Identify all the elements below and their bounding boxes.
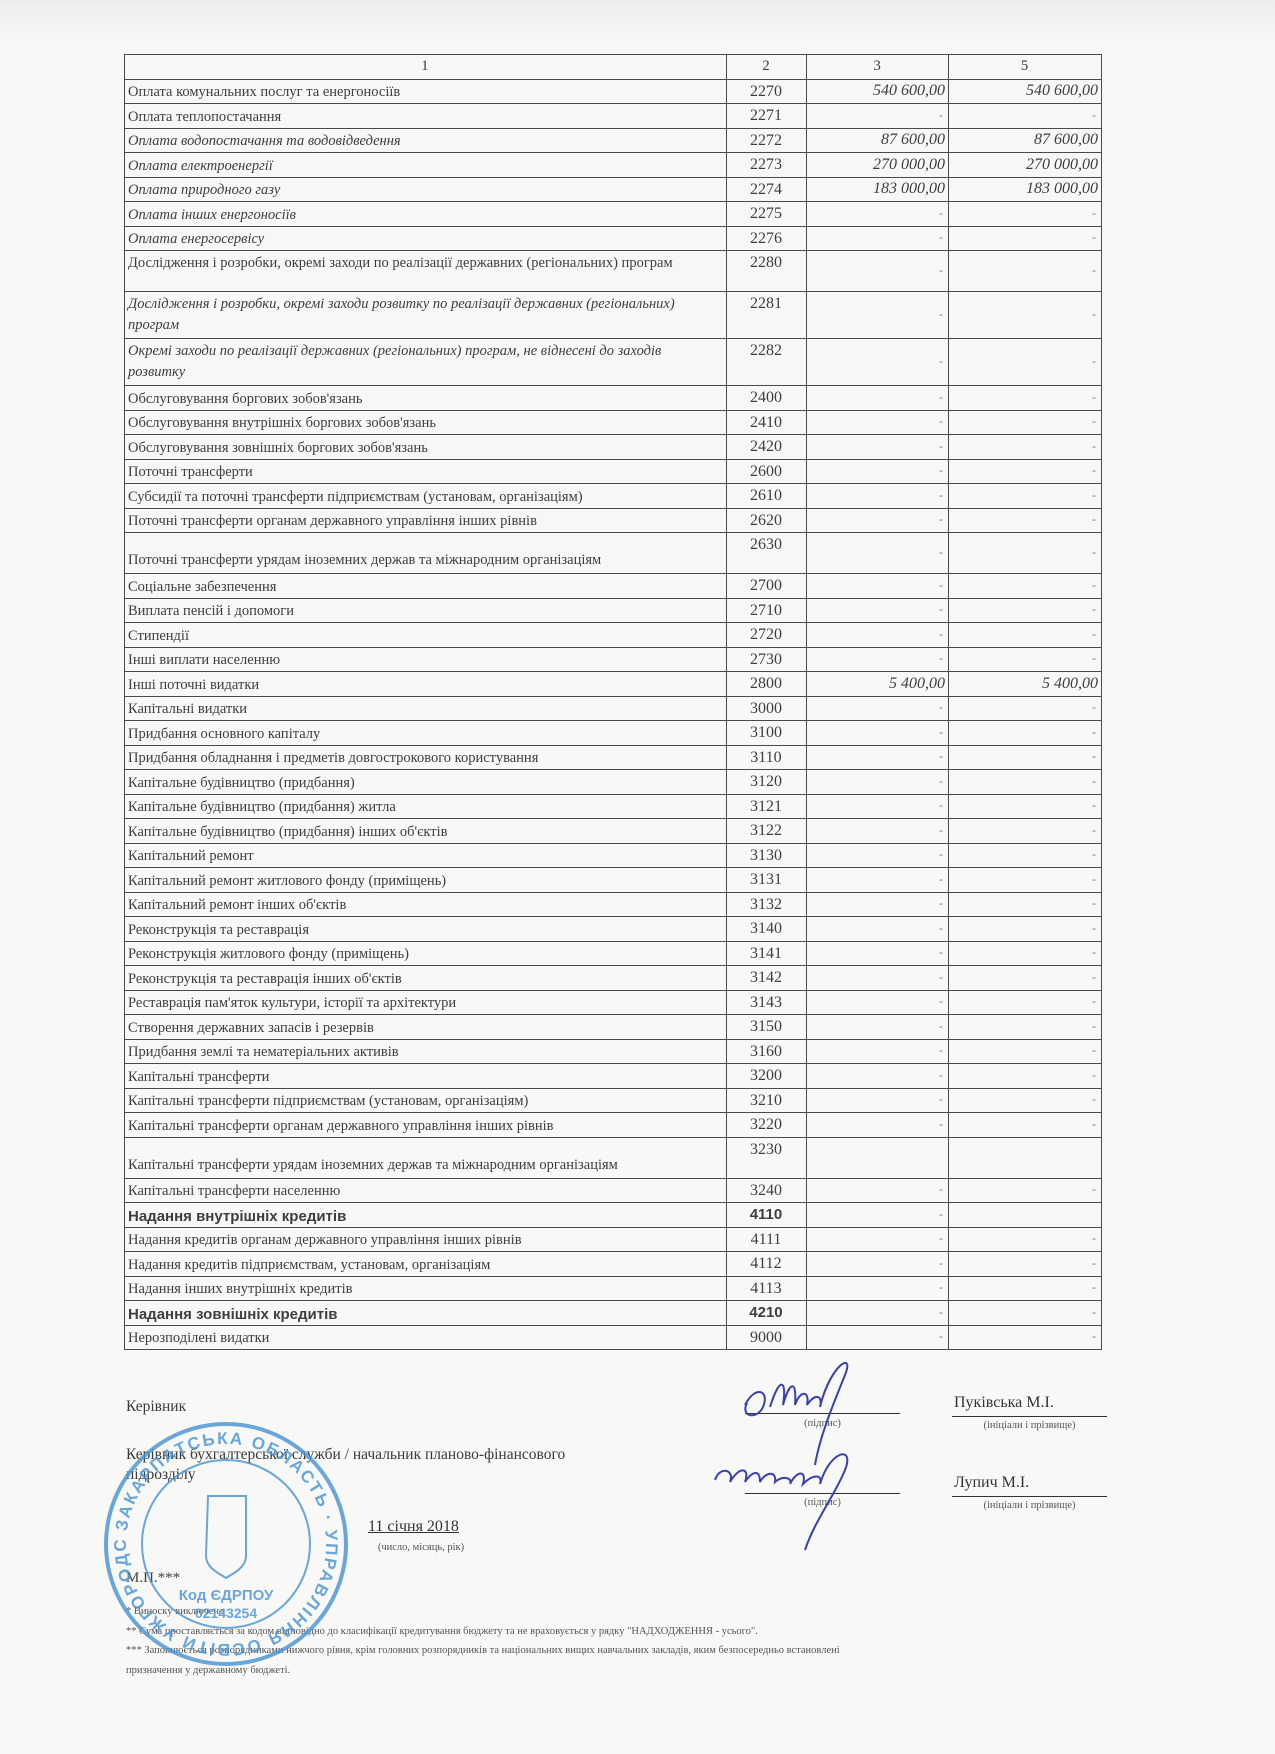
header-col-1: 1 [125,55,727,80]
row-name: Капітальні трансферти підприємствам (уст… [125,1088,727,1113]
svg-text:02143254: 02143254 [195,1605,258,1621]
row-value-col3: 540 600,00 [807,79,949,104]
row-name: Реконструкція житлового фонду (приміщень… [125,941,727,966]
table-row: Обслуговування боргових зобов'язань2400-… [125,386,1102,411]
row-name: Поточні трансферти органам державного уп… [125,508,727,533]
row-value-col5: - [949,843,1102,868]
row-value-col5: - [949,1015,1102,1040]
row-value-col3: - [807,226,949,251]
row-value-col3 [807,1137,949,1178]
row-code: 3122 [726,819,807,844]
row-value-col3: - [807,292,949,339]
row-code: 2271 [726,104,807,129]
row-value-col5: 540 600,00 [949,79,1102,104]
row-value-col3: - [807,1252,949,1277]
row-value-col5: - [949,459,1102,484]
table-row: Обслуговування внутрішніх боргових зобов… [125,410,1102,435]
document-page: { "table": { "header": ["1", "2", "3", "… [0,0,1275,1754]
table-row: Капітальний ремонт інших об'єктів3132-- [125,892,1102,917]
row-value-col3: - [807,104,949,129]
row-code: 2420 [726,435,807,460]
table-row: Реконструкція житлового фонду (приміщень… [125,941,1102,966]
table-row: Реставрація пам'яток культури, історії т… [125,990,1102,1015]
row-value-col3: - [807,533,949,574]
row-code: 2710 [726,598,807,623]
row-name: Капітальне будівництво (придбання) інших… [125,819,727,844]
row-code: 3141 [726,941,807,966]
row-value-col3: - [807,508,949,533]
row-code: 2276 [726,226,807,251]
row-value-col5: - [949,574,1102,599]
row-value-col5: - [949,794,1102,819]
row-value-col3: - [807,1178,949,1203]
table-row: Надання кредитів підприємствам, установа… [125,1252,1102,1277]
official-stamp-icon: ЗАКАРПАТСЬКА ОБЛАСТЬ · УПРАВЛІННЯ ОСВІТИ… [100,1418,352,1670]
head-name-line [952,1416,1107,1417]
row-value-col5: - [949,339,1102,386]
row-value-col5: - [949,484,1102,509]
row-value-col5: - [949,1113,1102,1138]
table-row: Надання зовнішніх кредитів4210-- [125,1301,1102,1326]
row-code: 2275 [726,202,807,227]
row-name: Капітальні трансферти населенню [125,1178,727,1203]
head-label: Керівник [126,1398,186,1416]
row-name: Капітальні видатки [125,696,727,721]
row-code: 2282 [726,339,807,386]
row-value-col5: 87 600,00 [949,128,1102,153]
row-code: 3110 [726,745,807,770]
row-name: Соціальне забезпечення [125,574,727,599]
table-row: Капітальні трансферти3200-- [125,1064,1102,1089]
row-name: Інші виплати населенню [125,647,727,672]
row-name: Виплата пенсій і допомоги [125,598,727,623]
row-value-col5: - [949,1039,1102,1064]
table-row: Реконструкція та реставрація інших об'єк… [125,966,1102,991]
row-value-col5: 5 400,00 [949,672,1102,697]
table-row: Капітальний ремонт3130-- [125,843,1102,868]
signing-date: 11 січня 2018 [368,1518,459,1536]
accountant-name-caption: (ініціали і прізвище) [952,1500,1107,1511]
table-row: Окремі заходи по реалізації державних (р… [125,339,1102,386]
row-value-col3: - [807,696,949,721]
row-value-col3: - [807,484,949,509]
expenditure-table: 1 2 3 5 Оплата комунальних послуг та ене… [124,54,1102,1350]
table-header-row: 1 2 3 5 [125,55,1102,80]
row-value-col5: - [949,410,1102,435]
table-row: Оплата природного газу2274183 000,00183 … [125,177,1102,202]
row-value-col3: - [807,819,949,844]
row-value-col5: 270 000,00 [949,153,1102,178]
row-code: 2280 [726,251,807,292]
row-value-col3: - [807,647,949,672]
row-value-col5: - [949,1178,1102,1203]
row-value-col3: - [807,1113,949,1138]
row-name: Стипендії [125,623,727,648]
row-name: Нерозподілені видатки [125,1325,727,1350]
table-row: Стипендії2720-- [125,623,1102,648]
head-name-caption: (ініціали і прізвище) [952,1420,1107,1431]
row-name: Обслуговування внутрішніх боргових зобов… [125,410,727,435]
row-value-col3: - [807,745,949,770]
row-name: Надання кредитів підприємствам, установа… [125,1252,727,1277]
row-name: Дослідження і розробки, окремі заходи по… [125,251,727,292]
row-value-col3: - [807,251,949,292]
row-value-col3: - [807,202,949,227]
row-value-col5: - [949,721,1102,746]
row-value-col3: - [807,1039,949,1064]
row-value-col3: - [807,1301,949,1326]
row-value-col5: - [949,892,1102,917]
row-value-col5: - [949,598,1102,623]
row-code: 3230 [726,1137,807,1178]
header-col-5: 5 [949,55,1102,80]
table-row: Придбання основного капіталу3100-- [125,721,1102,746]
row-code: 3142 [726,966,807,991]
row-code: 4113 [726,1276,807,1301]
row-value-col5: - [949,292,1102,339]
row-value-col5: - [949,1088,1102,1113]
row-code: 3130 [726,843,807,868]
row-code: 3200 [726,1064,807,1089]
row-code: 2281 [726,292,807,339]
row-value-col3: - [807,435,949,460]
row-value-col3: 5 400,00 [807,672,949,697]
row-name: Субсидії та поточні трансферти підприємс… [125,484,727,509]
row-value-col5: - [949,508,1102,533]
row-value-col5: - [949,696,1102,721]
row-code: 4110 [726,1203,807,1228]
row-name: Інші поточні видатки [125,672,727,697]
row-value-col3: 183 000,00 [807,177,949,202]
row-value-col5 [949,1203,1102,1228]
table-row: Реконструкція та реставрація3140-- [125,917,1102,942]
row-code: 3240 [726,1178,807,1203]
row-value-col5: - [949,1227,1102,1252]
row-value-col3: - [807,917,949,942]
accountant-name: Лупич М.І. [954,1474,1029,1492]
table-row: Поточні трансферти органам державного уп… [125,508,1102,533]
row-name: Капітальне будівництво (придбання) [125,770,727,795]
row-name: Придбання землі та нематеріальних активі… [125,1039,727,1064]
row-code: 3121 [726,794,807,819]
table-row: Придбання обладнання і предметів довгост… [125,745,1102,770]
row-value-col3: - [807,386,949,411]
table-row: Субсидії та поточні трансферти підприємс… [125,484,1102,509]
row-value-col3: - [807,1203,949,1228]
row-name: Обслуговування боргових зобов'язань [125,386,727,411]
table-row: Обслуговування зовнішніх боргових зобов'… [125,435,1102,460]
row-code: 2272 [726,128,807,153]
row-value-col3: - [807,410,949,435]
row-value-col3: - [807,990,949,1015]
table-row: Капітальні трансферти урядам іноземних д… [125,1137,1102,1178]
row-value-col5: - [949,251,1102,292]
row-value-col3: - [807,1276,949,1301]
row-value-col5: - [949,917,1102,942]
row-code: 2720 [726,623,807,648]
row-code: 2400 [726,386,807,411]
row-name: Оплата енергосервісу [125,226,727,251]
row-name: Оплата електроенергії [125,153,727,178]
row-code: 2273 [726,153,807,178]
row-name: Окремі заходи по реалізації державних (р… [125,339,727,386]
row-value-col3: - [807,339,949,386]
row-value-col3: - [807,868,949,893]
row-code: 2620 [726,508,807,533]
row-code: 3100 [726,721,807,746]
row-value-col3: 270 000,00 [807,153,949,178]
row-value-col3: - [807,623,949,648]
row-code: 3143 [726,990,807,1015]
table-row: Оплата водопостачання та водовідведення2… [125,128,1102,153]
row-code: 2630 [726,533,807,574]
row-code: 2700 [726,574,807,599]
row-value-col5: - [949,1301,1102,1326]
row-name: Капітальні трансферти органам державного… [125,1113,727,1138]
row-code: 3150 [726,1015,807,1040]
row-code: 3140 [726,917,807,942]
accountant-name-line [952,1496,1107,1497]
table-row: Оплата теплопостачання2271-- [125,104,1102,129]
svg-text:Код ЄДРПОУ: Код ЄДРПОУ [179,1587,274,1604]
row-name: Капітальний ремонт [125,843,727,868]
table-row: Капітальний ремонт житлового фонду (прим… [125,868,1102,893]
row-name: Реконструкція та реставрація [125,917,727,942]
row-value-col5: - [949,990,1102,1015]
table-row: Оплата інших енергоносіїв2275-- [125,202,1102,227]
row-name: Оплата водопостачання та водовідведення [125,128,727,153]
row-code: 3132 [726,892,807,917]
row-code: 4210 [726,1301,807,1326]
row-name: Поточні трансферти [125,459,727,484]
head-name: Пуківська М.І. [954,1394,1054,1412]
row-name: Поточні трансферти урядам іноземних держ… [125,533,727,574]
row-value-col3: - [807,892,949,917]
row-value-col5: - [949,1252,1102,1277]
date-caption: (число, місяць, рік) [356,1542,486,1553]
table-row: Оплата енергосервісу2276-- [125,226,1102,251]
row-name: Придбання основного капіталу [125,721,727,746]
row-name: Капітальні трансферти [125,1064,727,1089]
row-value-col3: - [807,459,949,484]
row-code: 3000 [726,696,807,721]
table-row: Дослідження і розробки, окремі заходи ро… [125,292,1102,339]
row-value-col5 [949,1137,1102,1178]
row-value-col3: - [807,843,949,868]
row-code: 3210 [726,1088,807,1113]
table-row: Оплата електроенергії2273270 000,00270 0… [125,153,1102,178]
row-value-col5: - [949,745,1102,770]
row-value-col3: - [807,574,949,599]
row-name: Оплата природного газу [125,177,727,202]
table-row: Капітальне будівництво (придбання) житла… [125,794,1102,819]
table-row: Поточні трансферти2600-- [125,459,1102,484]
row-value-col3: - [807,1227,949,1252]
row-value-col3: - [807,1015,949,1040]
row-value-col5: - [949,386,1102,411]
table-row: Надання внутрішніх кредитів4110- [125,1203,1102,1228]
row-value-col5: - [949,202,1102,227]
row-value-col3: 87 600,00 [807,128,949,153]
row-name: Капітальний ремонт житлового фонду (прим… [125,868,727,893]
row-name: Дослідження і розробки, окремі заходи ро… [125,292,727,339]
row-value-col3: - [807,941,949,966]
row-code: 2270 [726,79,807,104]
row-code: 3120 [726,770,807,795]
header-col-2: 2 [726,55,807,80]
table-row: Капітальні трансферти населенню3240-- [125,1178,1102,1203]
row-name: Капітальний ремонт інших об'єктів [125,892,727,917]
row-value-col5: - [949,435,1102,460]
row-value-col5: 183 000,00 [949,177,1102,202]
row-name: Реставрація пам'яток культури, історії т… [125,990,727,1015]
row-value-col5: - [949,941,1102,966]
row-name: Оплата інших енергоносіїв [125,202,727,227]
row-name: Надання зовнішніх кредитів [125,1301,727,1326]
row-name: Капітальні трансферти урядам іноземних д… [125,1137,727,1178]
row-name: Оплата теплопостачання [125,104,727,129]
header-col-3: 3 [807,55,949,80]
row-name: Обслуговування зовнішніх боргових зобов'… [125,435,727,460]
row-name: Надання кредитів органам державного упра… [125,1227,727,1252]
row-code: 2274 [726,177,807,202]
table-row: Інші поточні видатки28005 400,005 400,00 [125,672,1102,697]
table-row: Капітальне будівництво (придбання) інших… [125,819,1102,844]
row-name: Надання внутрішніх кредитів [125,1203,727,1228]
row-code: 2600 [726,459,807,484]
row-value-col5: - [949,533,1102,574]
table-row: Капітальні видатки3000-- [125,696,1102,721]
row-value-col5: - [949,226,1102,251]
row-code: 2410 [726,410,807,435]
table-row: Виплата пенсій і допомоги2710-- [125,598,1102,623]
row-code: 2730 [726,647,807,672]
row-value-col3: - [807,1088,949,1113]
table-row: Капітальне будівництво (придбання)3120-- [125,770,1102,795]
table-row: Придбання землі та нематеріальних активі… [125,1039,1102,1064]
row-value-col5: - [949,1064,1102,1089]
accountant-signature-icon [705,1440,875,1560]
table-row: Надання інших внутрішніх кредитів4113-- [125,1276,1102,1301]
table-row: Капітальні трансферти підприємствам (уст… [125,1088,1102,1113]
table-row: Оплата комунальних послуг та енергоносії… [125,79,1102,104]
row-value-col3: - [807,598,949,623]
table-row: Інші виплати населенню2730-- [125,647,1102,672]
table-row: Капітальні трансферти органам державного… [125,1113,1102,1138]
row-value-col3: - [807,770,949,795]
table-row: Надання кредитів органам державного упра… [125,1227,1102,1252]
row-code: 2800 [726,672,807,697]
row-value-col5: - [949,1276,1102,1301]
row-value-col5: - [949,868,1102,893]
table-row: Дослідження і розробки, окремі заходи по… [125,251,1102,292]
row-value-col5: - [949,623,1102,648]
table-row: Нерозподілені видатки9000-- [125,1325,1102,1350]
row-name: Оплата комунальних послуг та енергоносії… [125,79,727,104]
row-name: Капітальне будівництво (придбання) житла [125,794,727,819]
row-name: Придбання обладнання і предметів довгост… [125,745,727,770]
row-value-col3: - [807,721,949,746]
row-name: Створення державних запасів і резервів [125,1015,727,1040]
row-code: 3131 [726,868,807,893]
row-value-col5: - [949,104,1102,129]
row-value-col5: - [949,1325,1102,1350]
row-name: Реконструкція та реставрація інших об'єк… [125,966,727,991]
table-row: Соціальне забезпечення2700-- [125,574,1102,599]
row-code: 4112 [726,1252,807,1277]
row-code: 3160 [726,1039,807,1064]
row-value-col5: - [949,770,1102,795]
row-value-col5: - [949,647,1102,672]
row-name: Надання інших внутрішніх кредитів [125,1276,727,1301]
table-row: Поточні трансферти урядам іноземних держ… [125,533,1102,574]
row-code: 2610 [726,484,807,509]
row-value-col5: - [949,819,1102,844]
row-value-col3: - [807,794,949,819]
row-code: 4111 [726,1227,807,1252]
row-code: 3220 [726,1113,807,1138]
row-value-col3: - [807,966,949,991]
table-row: Створення державних запасів і резервів31… [125,1015,1102,1040]
row-value-col5: - [949,966,1102,991]
row-value-col3: - [807,1064,949,1089]
